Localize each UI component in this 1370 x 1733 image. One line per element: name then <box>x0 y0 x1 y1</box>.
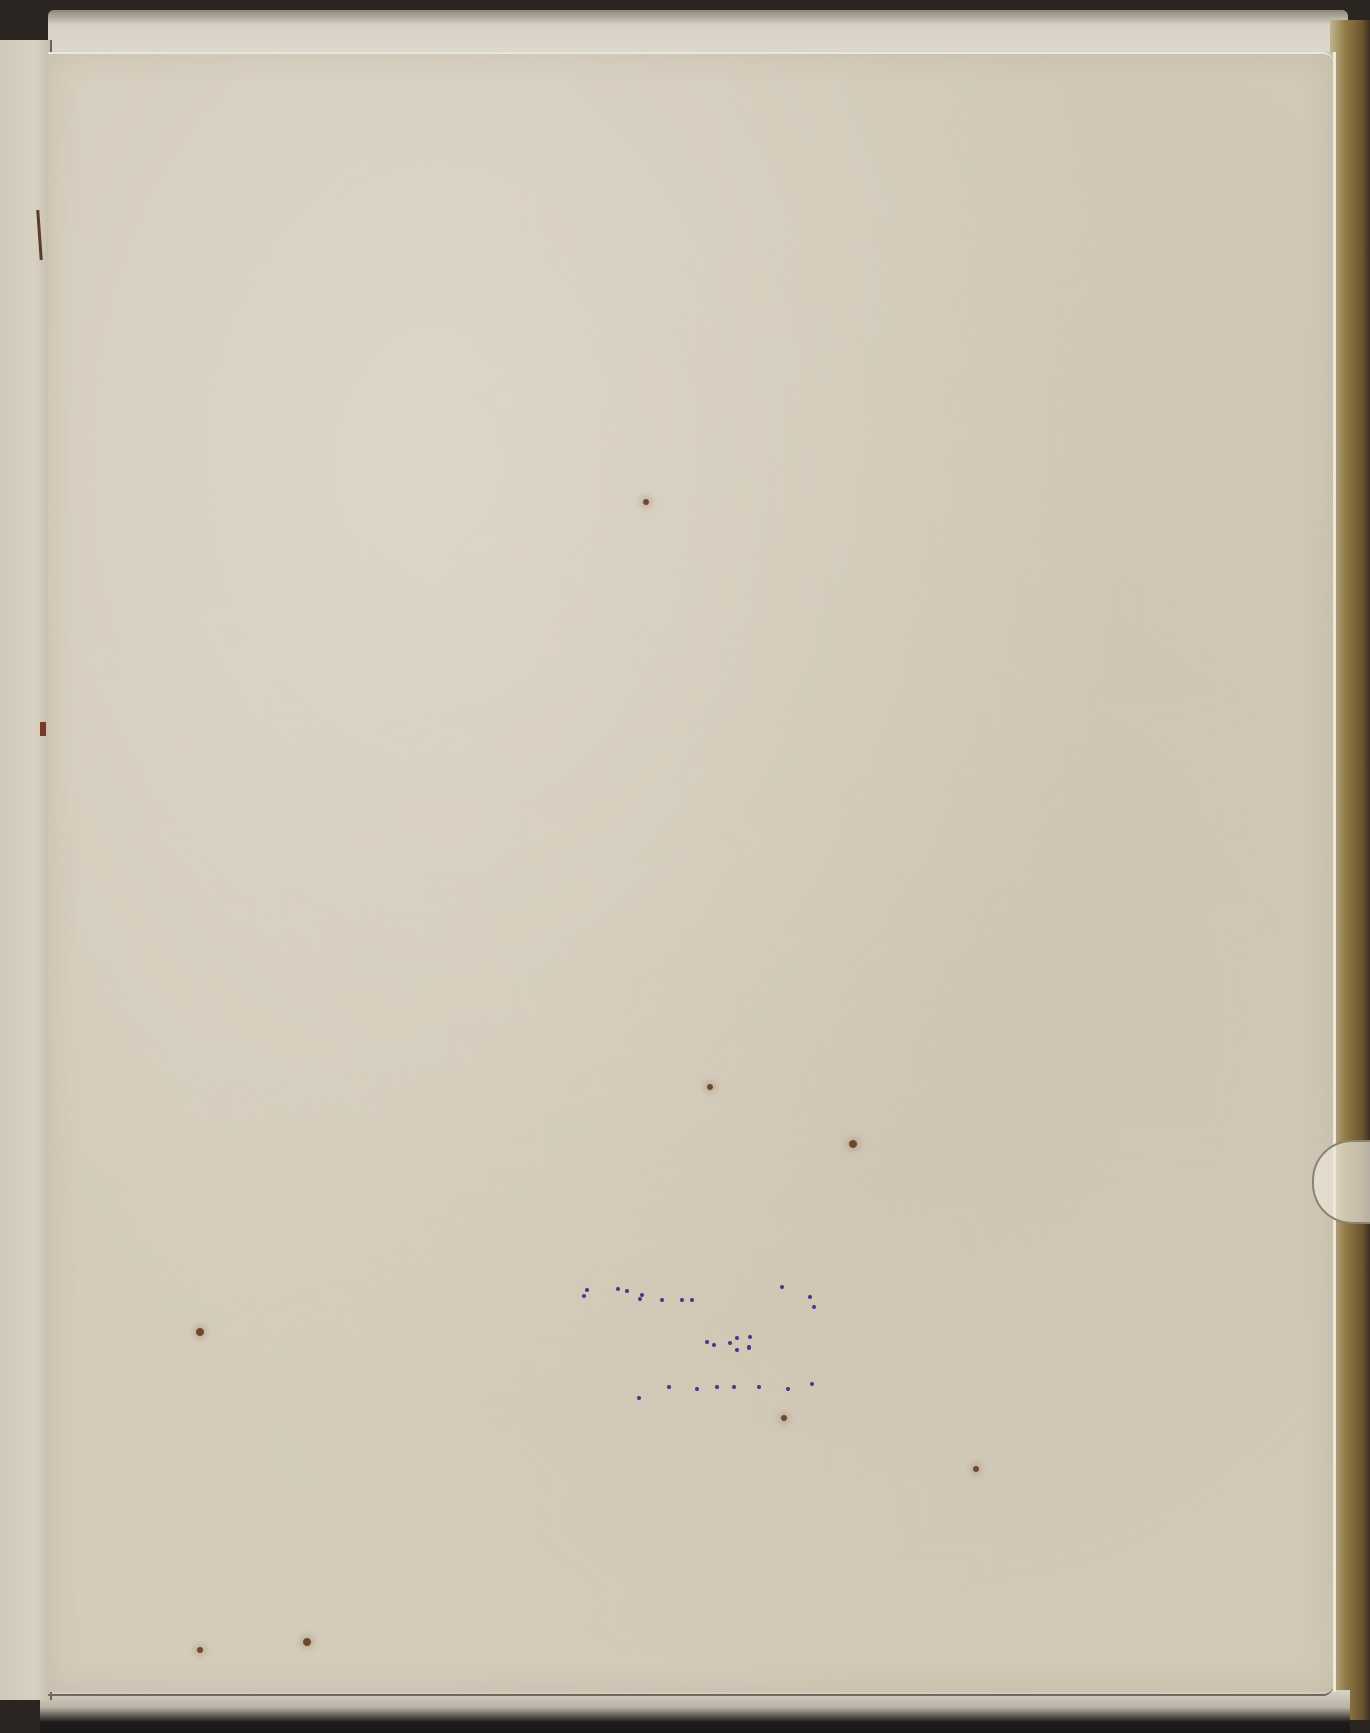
stamp-dot <box>748 1335 752 1339</box>
scanned-page <box>0 0 1370 1733</box>
foxing-spot <box>973 1466 979 1472</box>
stamp-dot <box>780 1285 784 1289</box>
stamp-dot <box>715 1385 719 1389</box>
stamp-dot <box>667 1385 671 1389</box>
stamp-dot <box>786 1387 790 1391</box>
stamp-dot <box>812 1305 816 1309</box>
cover-board-spine-edge <box>1330 20 1370 1720</box>
stamp-dot <box>690 1298 694 1302</box>
foxing-spot <box>849 1140 857 1148</box>
stamp-dot <box>735 1348 739 1352</box>
stamp-dot <box>585 1288 589 1292</box>
stamp-dot <box>616 1287 620 1291</box>
stamp-dot <box>747 1345 751 1349</box>
stamp-dot <box>732 1385 736 1389</box>
stamp-dot <box>640 1293 644 1297</box>
stamp-dot <box>808 1295 812 1299</box>
cover-board-bottom <box>40 1690 1350 1733</box>
left-free-endpaper <box>0 40 52 1700</box>
foxing-spot <box>707 1084 713 1090</box>
foxing-spot <box>643 499 649 505</box>
pastedown-page <box>48 52 1336 1692</box>
margin-mark-middle <box>40 722 46 736</box>
stamp-dot <box>660 1298 664 1302</box>
foxing-spot <box>303 1638 311 1646</box>
stamp-dot <box>695 1387 699 1391</box>
stamp-dot <box>810 1382 814 1386</box>
foxing-spot <box>197 1647 203 1653</box>
stamp-dot <box>638 1297 642 1301</box>
stamp-dot <box>582 1294 586 1298</box>
stamp-dot <box>712 1343 716 1347</box>
stamp-dot <box>625 1289 629 1293</box>
stamp-dot <box>705 1340 709 1344</box>
stamp-dot <box>680 1298 684 1302</box>
stamp-dot <box>757 1385 761 1389</box>
stamp-dot <box>728 1341 732 1345</box>
foxing-spot <box>196 1328 204 1336</box>
stamp-dot <box>637 1396 641 1400</box>
foxing-spot <box>781 1415 787 1421</box>
stamp-dot <box>735 1336 739 1340</box>
